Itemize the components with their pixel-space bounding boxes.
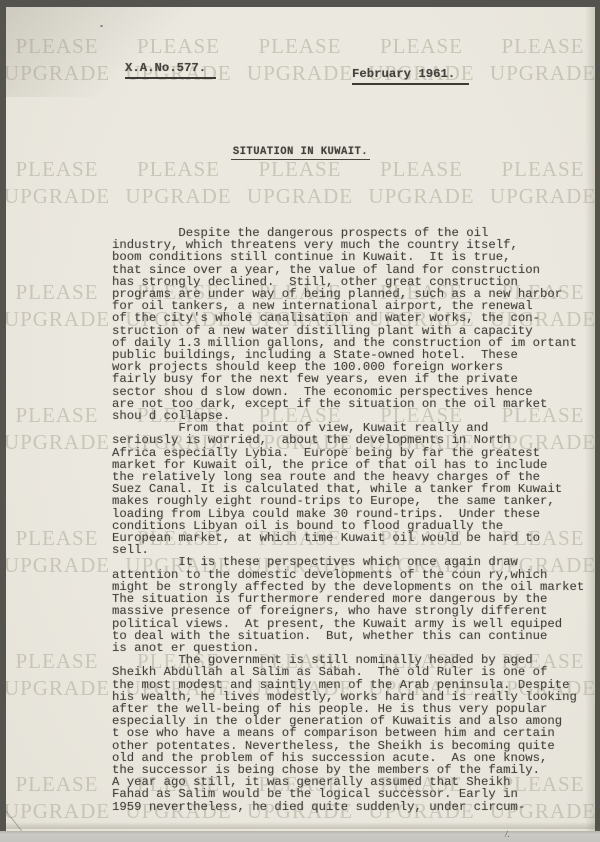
paper-fold-crease [6,822,595,829]
title-row: SITUATION IN KUWAIT. [6,141,595,160]
corner-crease-line [6,805,23,831]
watermark-text: PLEASEUPGRADE [482,156,595,210]
scanned-document-page: { "page": { "colors": { "paper": "#ebe8d… [0,0,600,842]
watermark-text: PLEASEUPGRADE [239,33,361,87]
ink-speck [100,25,103,27]
corner-shadow [6,7,206,97]
document-reference: X.A.No.577. [125,61,216,79]
document-title: SITUATION IN KUWAIT. [231,146,370,160]
footer-mark: /. [505,829,510,839]
watermark-text: PLEASEUPGRADE [6,156,118,210]
watermark-text: PLEASEUPGRADE [239,156,361,210]
watermark-text: PLEASEUPGRADE [6,648,118,702]
document-date: February 1961. [352,67,469,85]
scan-bottom-edge [0,831,600,842]
paragraph-4: The government is still nominally headed… [112,654,595,813]
watermark-text: PLEASEUPGRADE [6,525,118,579]
watermark-text: PLEASEUPGRADE [6,279,118,333]
watermark-text: PLEASEUPGRADE [482,33,595,87]
paragraph-1: Despite the dangerous prospects of the o… [112,227,595,422]
watermark-text: PLEASEUPGRADE [6,33,118,87]
watermark-text: PLEASEUPGRADE [118,156,240,210]
paragraph-3: It is these perspectives which once agai… [112,556,595,654]
paragraph-2: From that point of view, Kuwait really a… [112,422,595,556]
document-body: Despite the dangerous prospects of the o… [112,227,595,813]
watermark-text: PLEASEUPGRADE [6,402,118,456]
watermark-text: PLEASEUPGRADE [361,156,483,210]
watermark-text: PLEASEUPGRADE [6,771,118,825]
paper-sheet: PLEASEUPGRADEPLEASEUPGRADEPLEASEUPGRADEP… [6,7,595,831]
